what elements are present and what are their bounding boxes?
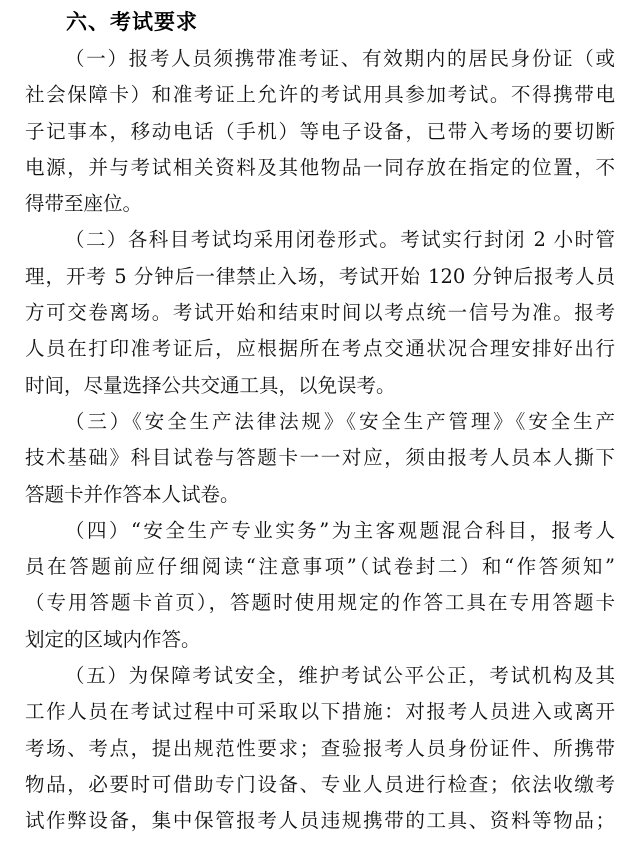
paragraph-line: （专用答题卡首页），答题时使用规定的作答工具在专用答题卡 [25, 585, 615, 621]
paragraph-line: 时间，尽量选择公共交通工具，以免误考。 [25, 368, 615, 404]
paragraph-line: （一）报考人员须携带准考证、有效期内的居民身份证（或 [25, 41, 615, 77]
paragraph-1: （一）报考人员须携带准考证、有效期内的居民身份证（或 社会保障卡）和准考证上允许… [25, 41, 615, 222]
paragraph-line: （二）各科目考试均采用闭卷形式。考试实行封闭 2 小时管 [25, 222, 615, 258]
paragraph-line: 试作弊设备，集中保管报考人员违规携带的工具、资料等物品； [25, 803, 615, 839]
paragraph-line: 员在答题前应仔细阅读“注意事项”（试卷封二）和“作答须知” [25, 549, 615, 585]
paragraph-line: 工作人员在考试过程中可采取以下措施：对报考人员进入或离开 [25, 694, 615, 730]
paragraph-line: 人员在打印准考证后，应根据所在考点交通状况合理安排好出行 [25, 331, 615, 367]
paragraph-line: 子记事本，移动电话（手机）等电子设备，已带入考场的要切断 [25, 114, 615, 150]
paragraph-line: 答题卡并作答本人试卷。 [25, 477, 615, 513]
paragraph-3: （三）《安全生产法律法规》《安全生产管理》《安全生产 技术基础》科目试卷与答题卡… [25, 404, 615, 513]
paragraph-5: （五）为保障考试安全，维护考试公平公正，考试机构及其 工作人员在考试过程中可采取… [25, 658, 615, 839]
paragraph-line: 电源，并与考试相关资料及其他物品一同存放在指定的位置，不 [25, 150, 615, 186]
paragraph-line: （三）《安全生产法律法规》《安全生产管理》《安全生产 [25, 404, 615, 440]
paragraph-line: （四）“安全生产专业实务”为主客观题混合科目，报考人 [25, 513, 615, 549]
paragraph-line: （五）为保障考试安全，维护考试公平公正，考试机构及其 [25, 658, 615, 694]
section-heading: 六、考试要求 [66, 8, 198, 36]
paragraph-line: 技术基础》科目试卷与答题卡一一对应，须由报考人员本人撕下 [25, 440, 615, 476]
paragraph-line: 考场、考点，提出规范性要求；查验报考人员身份证件、所携带 [25, 731, 615, 767]
exam-requirements-body: （一）报考人员须携带准考证、有效期内的居民身份证（或 社会保障卡）和准考证上允许… [25, 41, 615, 840]
paragraph-line: 理，开考 5 分钟后一律禁止入场，考试开始 120 分钟后报考人员 [25, 259, 615, 295]
paragraph-line: 得带至座位。 [25, 186, 615, 222]
document-page: 六、考试要求 （一）报考人员须携带准考证、有效期内的居民身份证（或 社会保障卡）… [0, 0, 634, 856]
paragraph-2: （二）各科目考试均采用闭卷形式。考试实行封闭 2 小时管 理，开考 5 分钟后一… [25, 222, 615, 403]
paragraph-line: 划定的区域内作答。 [25, 622, 615, 658]
paragraph-4: （四）“安全生产专业实务”为主客观题混合科目，报考人 员在答题前应仔细阅读“注意… [25, 513, 615, 658]
paragraph-line: 物品，必要时可借助专门设备、专业人员进行检查；依法收缴考 [25, 767, 615, 803]
paragraph-line: 社会保障卡）和准考证上允许的考试用具参加考试。不得携带电 [25, 77, 615, 113]
paragraph-line: 方可交卷离场。考试开始和结束时间以考点统一信号为准。报考 [25, 295, 615, 331]
